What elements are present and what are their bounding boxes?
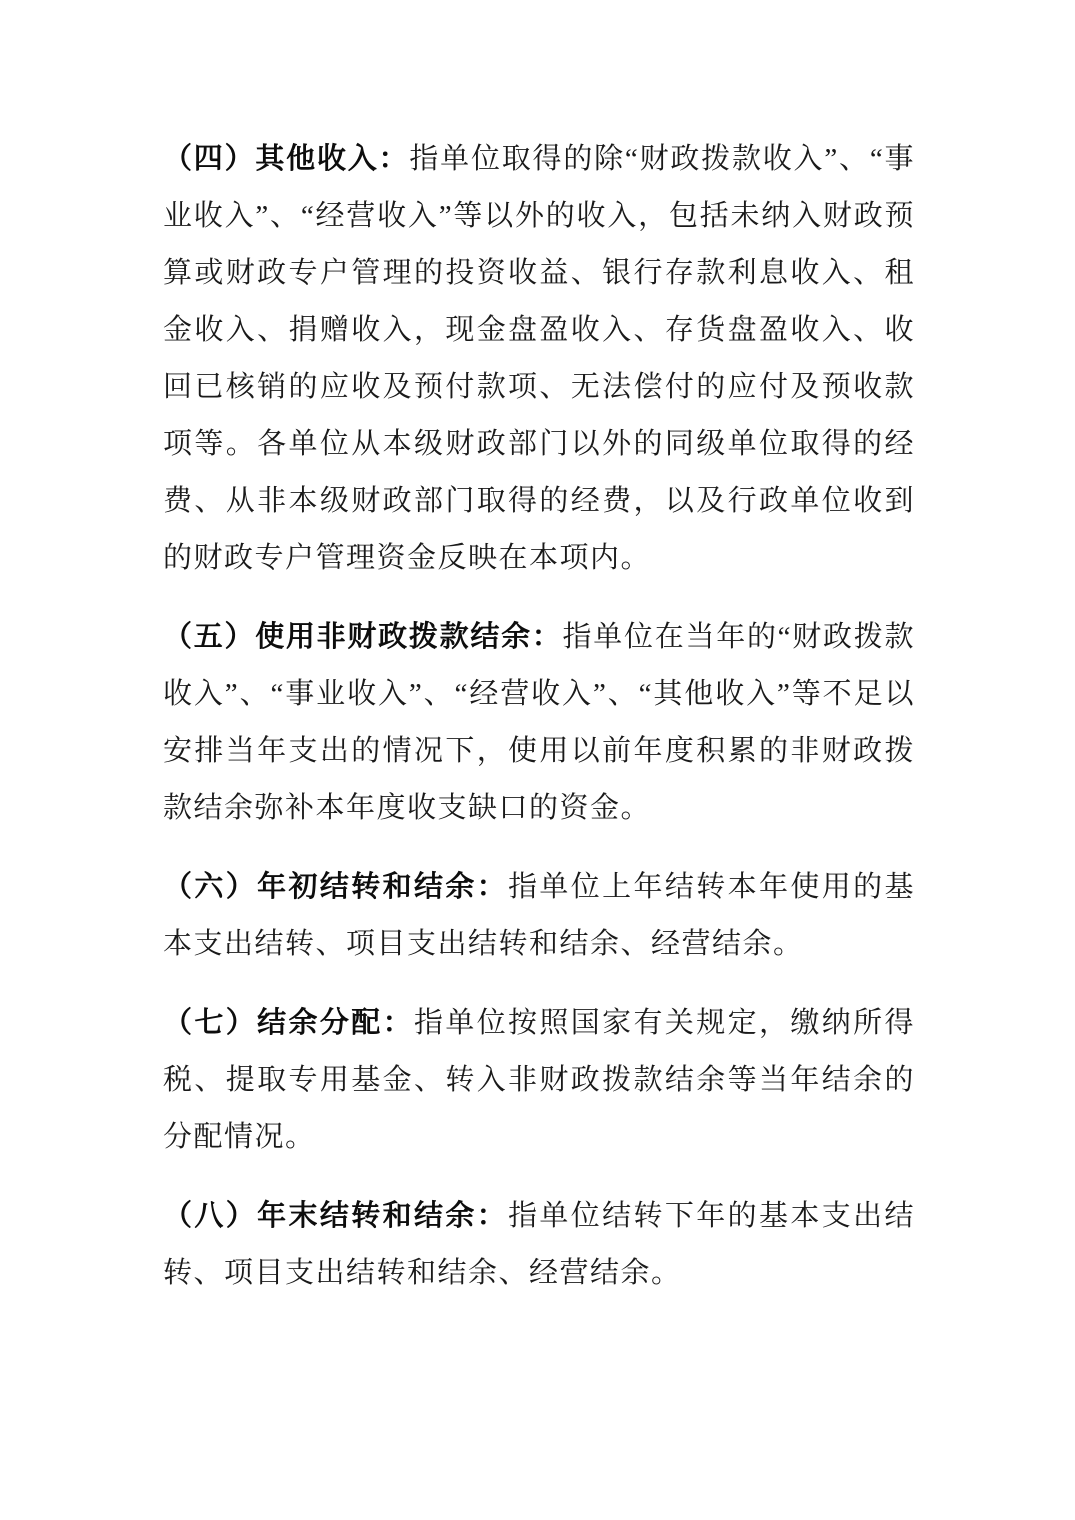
paragraph-other-income-body: 指单位取得的除“财政拨款收入”、“事业收入”、“经营收入”等以外的收入，包括未纳… [163,143,915,574]
paragraph-surplus-distribution-heading: （七）结余分配： [163,1007,414,1039]
paragraph-begin-year-carryover: （六）年初结转和结余：指单位上年结转本年使用的基本支出结转、项目支出结转和结余、… [163,859,915,973]
paragraph-surplus-distribution: （七）结余分配：指单位按照国家有关规定，缴纳所得税、提取专用基金、转入非财政拨款… [163,995,915,1166]
paragraph-end-year-carryover-heading: （八）年末结转和结余： [163,1200,508,1232]
document-content: （四）其他收入：指单位取得的除“财政拨款收入”、“事业收入”、“经营收入”等以外… [163,131,915,1324]
paragraph-other-income-heading: （四）其他收入： [163,143,409,175]
paragraph-other-income: （四）其他收入：指单位取得的除“财政拨款收入”、“事业收入”、“经营收入”等以外… [163,131,915,587]
document-page: （四）其他收入：指单位取得的除“财政拨款收入”、“事业收入”、“经营收入”等以外… [0,0,1075,1520]
paragraph-begin-year-carryover-heading: （六）年初结转和结余： [163,871,508,903]
paragraph-use-nonfiscal-surplus-heading: （五）使用非财政拨款结余： [163,621,563,653]
paragraph-end-year-carryover: （八）年末结转和结余：指单位结转下年的基本支出结转、项目支出结转和结余、经营结余… [163,1188,915,1302]
paragraph-use-nonfiscal-surplus: （五）使用非财政拨款结余：指单位在当年的“财政拨款收入”、“事业收入”、“经营收… [163,609,915,837]
